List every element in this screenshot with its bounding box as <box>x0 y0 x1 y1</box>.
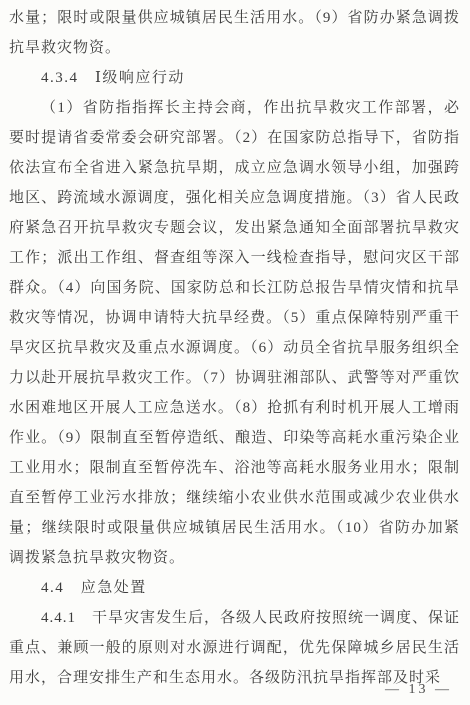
paragraph-continuation: 水量；限时或限量供应城镇居民生活用水。（9）省防办紧急调拨抗旱救灾物资。 <box>9 3 460 63</box>
section-heading-4-4: 4.4 应急处置 <box>9 573 460 603</box>
section-body-4-3-4: （1）省防指指挥长主持会商，作出抗旱救灾工作部署，必要时提请省委常委会研究部署。… <box>9 93 460 573</box>
section-heading-4-3-4: 4.3.4 Ⅰ级响应行动 <box>9 63 460 93</box>
page-number: — 13 — <box>385 682 452 698</box>
section-body-4-4-1: 4.4.1 干旱灾害发生后，各级人民政府按照统一调度、保证重点、兼顾一般的原则对… <box>9 603 460 693</box>
document-page: 水量；限时或限量供应城镇居民生活用水。（9）省防办紧急调拨抗旱救灾物资。 4.3… <box>0 0 470 705</box>
